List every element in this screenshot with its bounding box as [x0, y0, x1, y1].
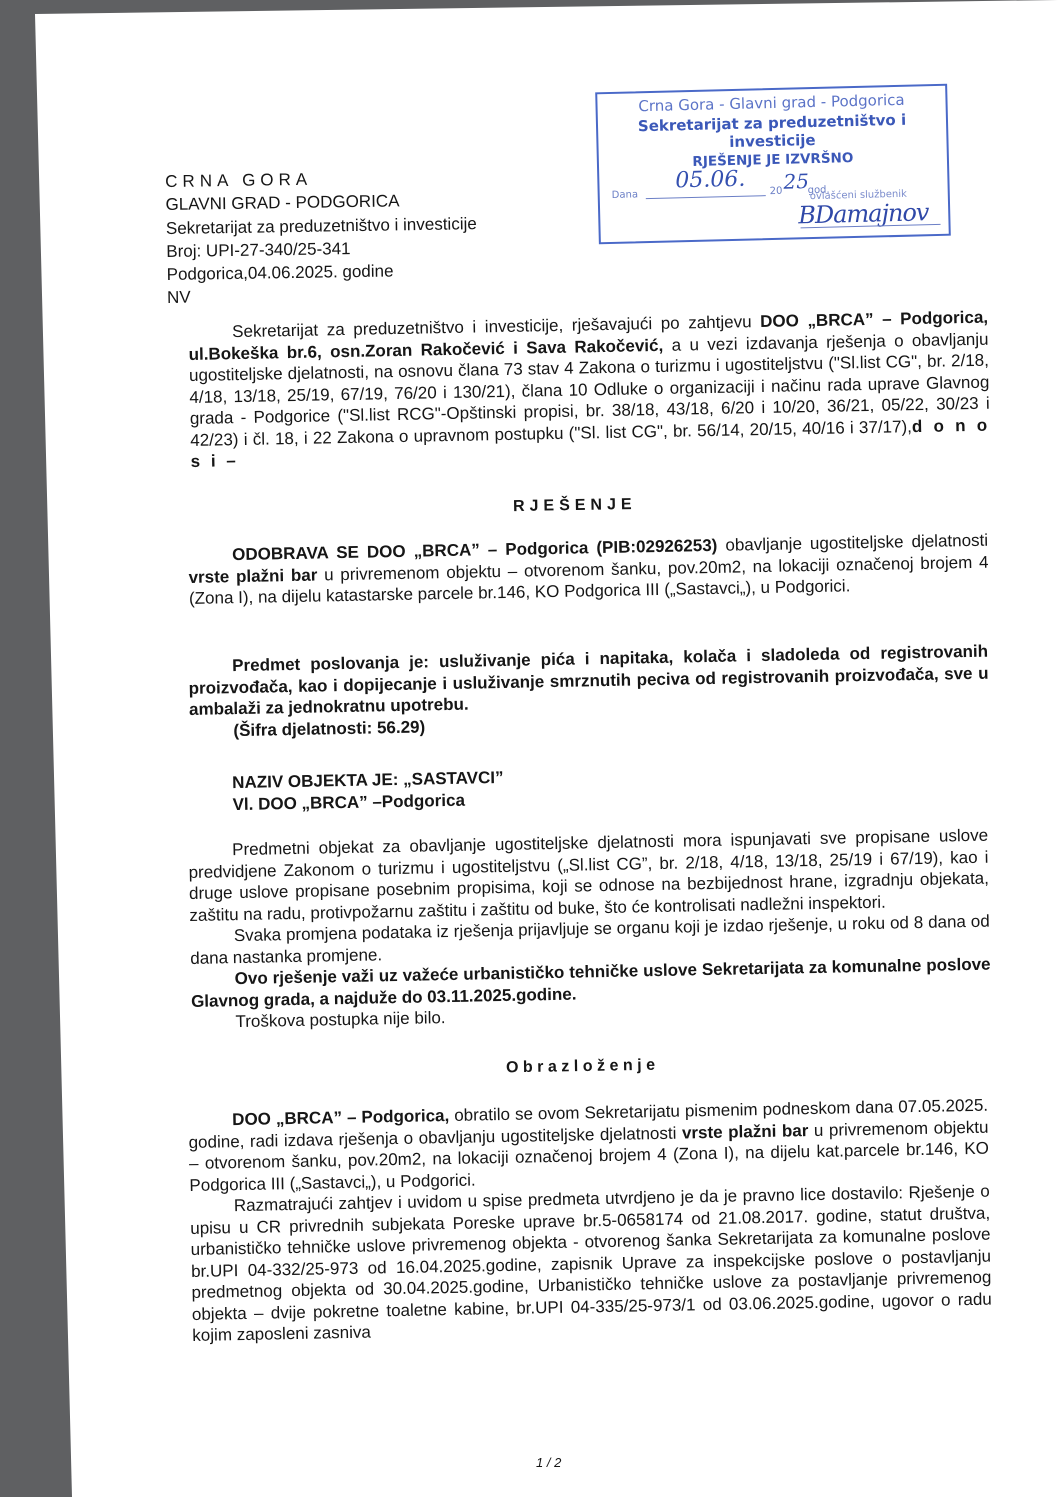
stamp-date-line — [646, 195, 766, 199]
stamp-year-prefix: 20 — [770, 186, 783, 197]
header-office: Sekretarijat za preduzetništvo i investi… — [166, 212, 477, 240]
stamp-line-2: Sekretarijat za preduzetništvo i investi… — [598, 110, 947, 154]
stamp-handwritten-year: 25 — [783, 169, 809, 194]
conditions-paragraph-1: Predmetni objekat za obavljanje ugostite… — [188, 825, 990, 926]
stamp-dana-label: Dana — [612, 189, 639, 201]
conditions-block: Predmetni objekat za obavljanje ugostite… — [188, 825, 992, 1034]
object-info: NAZIV OBJEKTA JE: „SASTAVCI” Vl. DOO „BR… — [188, 758, 989, 816]
reasoning-type: vrste plažni bar — [682, 1121, 809, 1142]
intro-paragraph: Sekretarijat za preduzetništvo i investi… — [188, 307, 991, 473]
document-header: CRNA GORA GLAVNI GRAD - PODGORICA Sekret… — [165, 165, 478, 310]
header-initials: NV — [167, 282, 478, 310]
decision-type: vrste plažni bar — [188, 565, 317, 586]
decision-paragraph: ODOBRAVA SE DOO „BRCA” – Podgorica (PIB:… — [188, 530, 989, 610]
reasoning-heading: Obrazloženje — [506, 1057, 660, 1078]
page-number: 1 / 2 — [536, 1455, 561, 1470]
decision-heading: RJEŠENJE — [513, 496, 637, 516]
enforceability-stamp: Crna Gora - Glavni grad - Podgorica Sekr… — [595, 84, 951, 245]
reasoning-paragraph-2: Razmatrajući zahtjev i uvidom u spise pr… — [190, 1181, 993, 1347]
reasoning-applicant: DOO „BRCA” – Podgorica, — [232, 1106, 449, 1129]
decision-text-1: obavljanje ugostiteljske djelatnosti — [717, 531, 988, 555]
business-subject: Predmet poslovanja je: usluživanje pića … — [188, 641, 990, 742]
stamp-handwritten-date: 05.06. — [675, 167, 746, 194]
document-page: Crna Gora - Glavni grad - Podgorica Sekr… — [0, 0, 1058, 1497]
reasoning-block: DOO „BRCA” – Podgorica, obratilo se ovom… — [188, 1095, 992, 1347]
